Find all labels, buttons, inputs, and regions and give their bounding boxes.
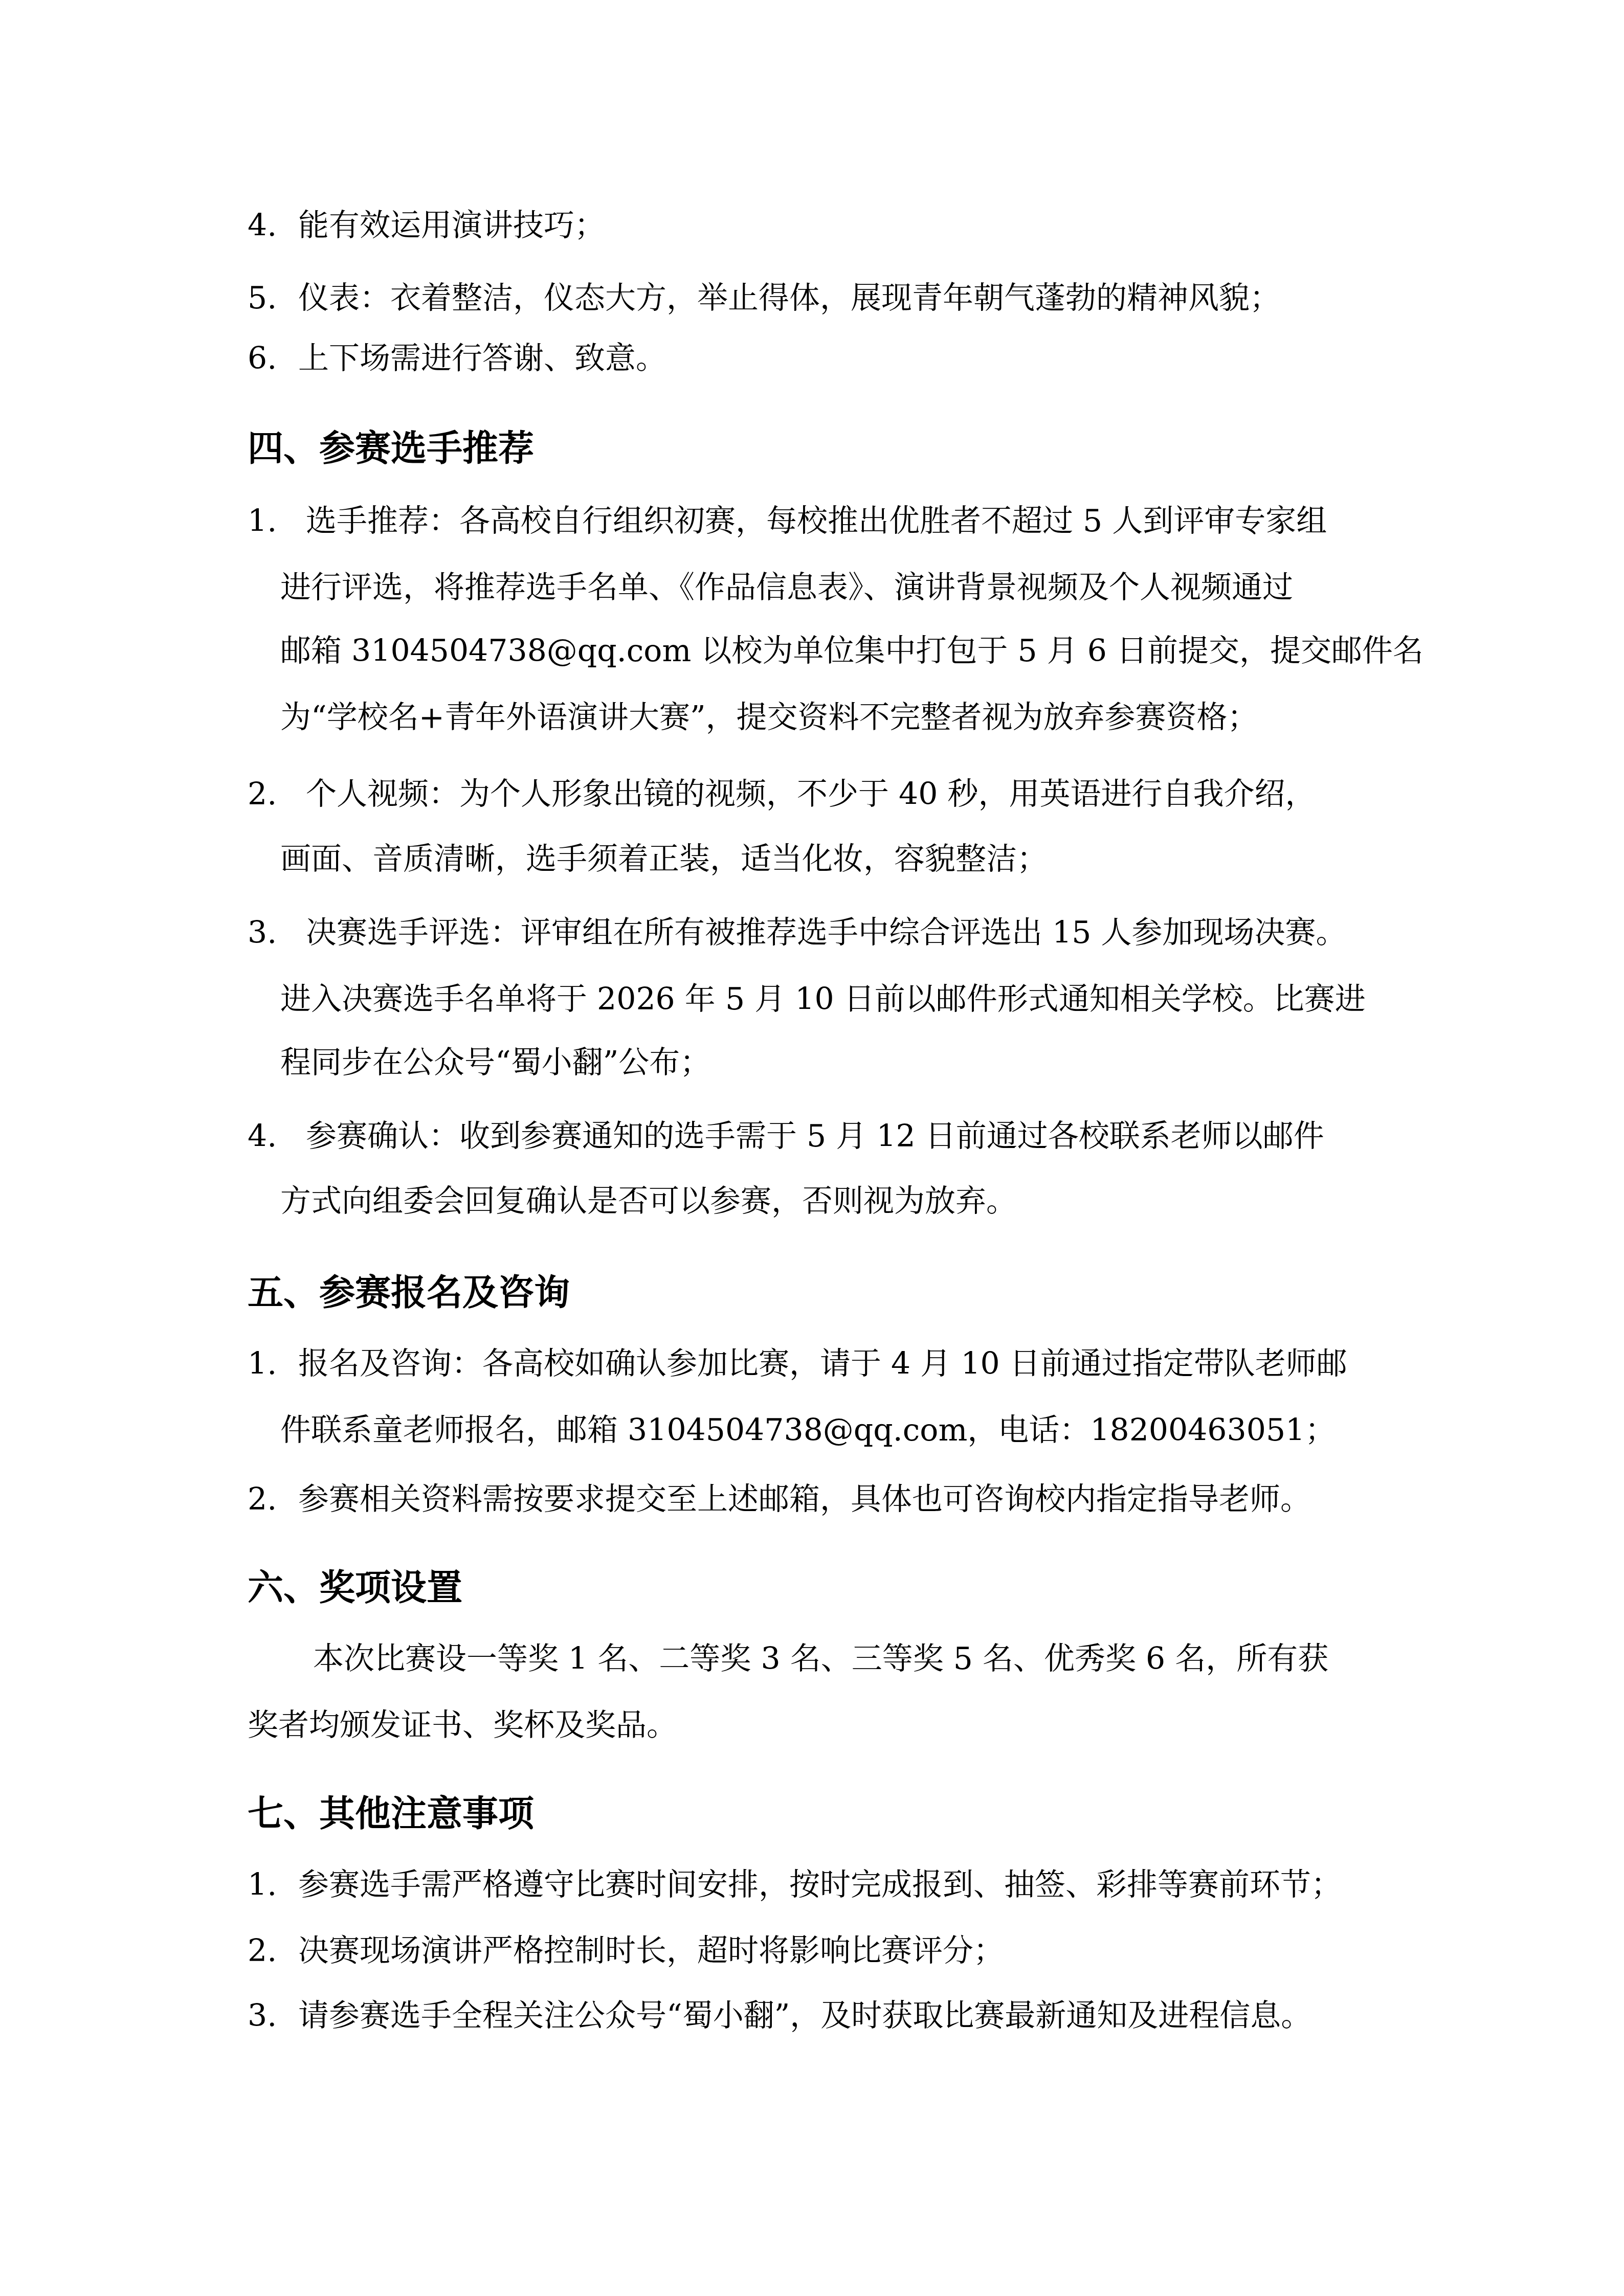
list-text: 决赛现场演讲严格控制时长，超时将影响比赛评分； (298, 1933, 1004, 1969)
list-text: 画面、音质清晰，选手须着正装，适当化妆，容貌整洁； (280, 841, 1048, 877)
list-number: 1. (248, 1867, 277, 1903)
list-text: 件联系童老师报名，邮箱 3104504738@qq.com，电话：1820046… (280, 1412, 1336, 1448)
list-text: 仪表：衣着整洁，仪态大方，举止得体，展现青年朝气蓬勃的精神风貌； (298, 280, 1280, 316)
list-text: 进行评选，将推荐选手名单、《作品信息表》、演讲背景视频及个人视频通过 (280, 570, 1293, 605)
section-heading: 五、参赛报名及咨询 (248, 1272, 570, 1313)
list-number: 3. (248, 1998, 277, 2034)
list-text: 上下场需进行答谢、致意。 (298, 341, 666, 376)
list-number: 4. (248, 1118, 277, 1154)
list-text: 邮箱 3104504738@qq.com 以校为单位集中打包于 5 月 6 日前… (280, 633, 1423, 669)
list-text: 决赛选手评选：评审组在所有被推荐选手中综合评选出 15 人参加现场决赛。 (306, 915, 1347, 951)
list-text: 参赛确认：收到参赛通知的选手需于 5 月 12 日前通过各校联系老师以邮件 (306, 1118, 1324, 1154)
list-text: 能有效运用演讲技巧； (298, 208, 605, 243)
list-text: 个人视频：为个人形象出镜的视频，不少于 40 秒，用英语进行自我介绍， (306, 776, 1316, 812)
list-text: 参赛相关资料需按要求提交至上述邮箱，具体也可咨询校内指定指导老师。 (298, 1481, 1311, 1517)
list-text: 请参赛选手全程关注公众号“蜀小翻”，及时获取比赛最新通知及进程信息。 (298, 1998, 1311, 2034)
list-number: 6. (248, 341, 277, 376)
list-number: 5. (248, 280, 277, 316)
list-number: 1. (248, 1346, 277, 1382)
list-text: 报名及咨询：各高校如确认参加比赛，请于 4 月 10 日前通过指定带队老师邮 (298, 1346, 1347, 1382)
list-number: 4. (248, 208, 277, 243)
section-heading: 六、奖项设置 (248, 1567, 462, 1608)
list-number: 1. (248, 503, 277, 539)
list-text: 程同步在公众号“蜀小翻”公布； (280, 1045, 710, 1081)
list-text: 为“学校名+青年外语演讲大赛”，提交资料不完整者视为放弃参赛资格； (280, 700, 1258, 735)
list-text: 选手推荐：各高校自行组织初赛，每校推出优胜者不超过 5 人到评审专家组 (306, 503, 1327, 539)
section-heading: 四、参赛选手推荐 (248, 428, 534, 469)
list-text: 方式向组委会回复确认是否可以参赛，否则视为放弃。 (280, 1183, 1017, 1219)
list-number: 2. (248, 1481, 277, 1517)
list-text: 进入决赛选手名单将于 2026 年 5 月 10 日前以邮件形式通知相关学校。比… (280, 981, 1366, 1017)
section-heading: 七、其他注意事项 (248, 1793, 534, 1834)
list-number: 2. (248, 776, 277, 812)
paragraph-text: 奖者均颁发证书、奖杯及奖品。 (248, 1707, 677, 1743)
list-number: 3. (248, 915, 277, 951)
list-number: 2. (248, 1933, 277, 1969)
paragraph-text: 本次比赛设一等奖 1 名、二等奖 3 名、三等奖 5 名、优秀奖 6 名，所有获 (313, 1641, 1328, 1677)
list-text: 参赛选手需严格遵守比赛时间安排，按时完成报到、抽签、彩排等赛前环节； (298, 1867, 1342, 1903)
